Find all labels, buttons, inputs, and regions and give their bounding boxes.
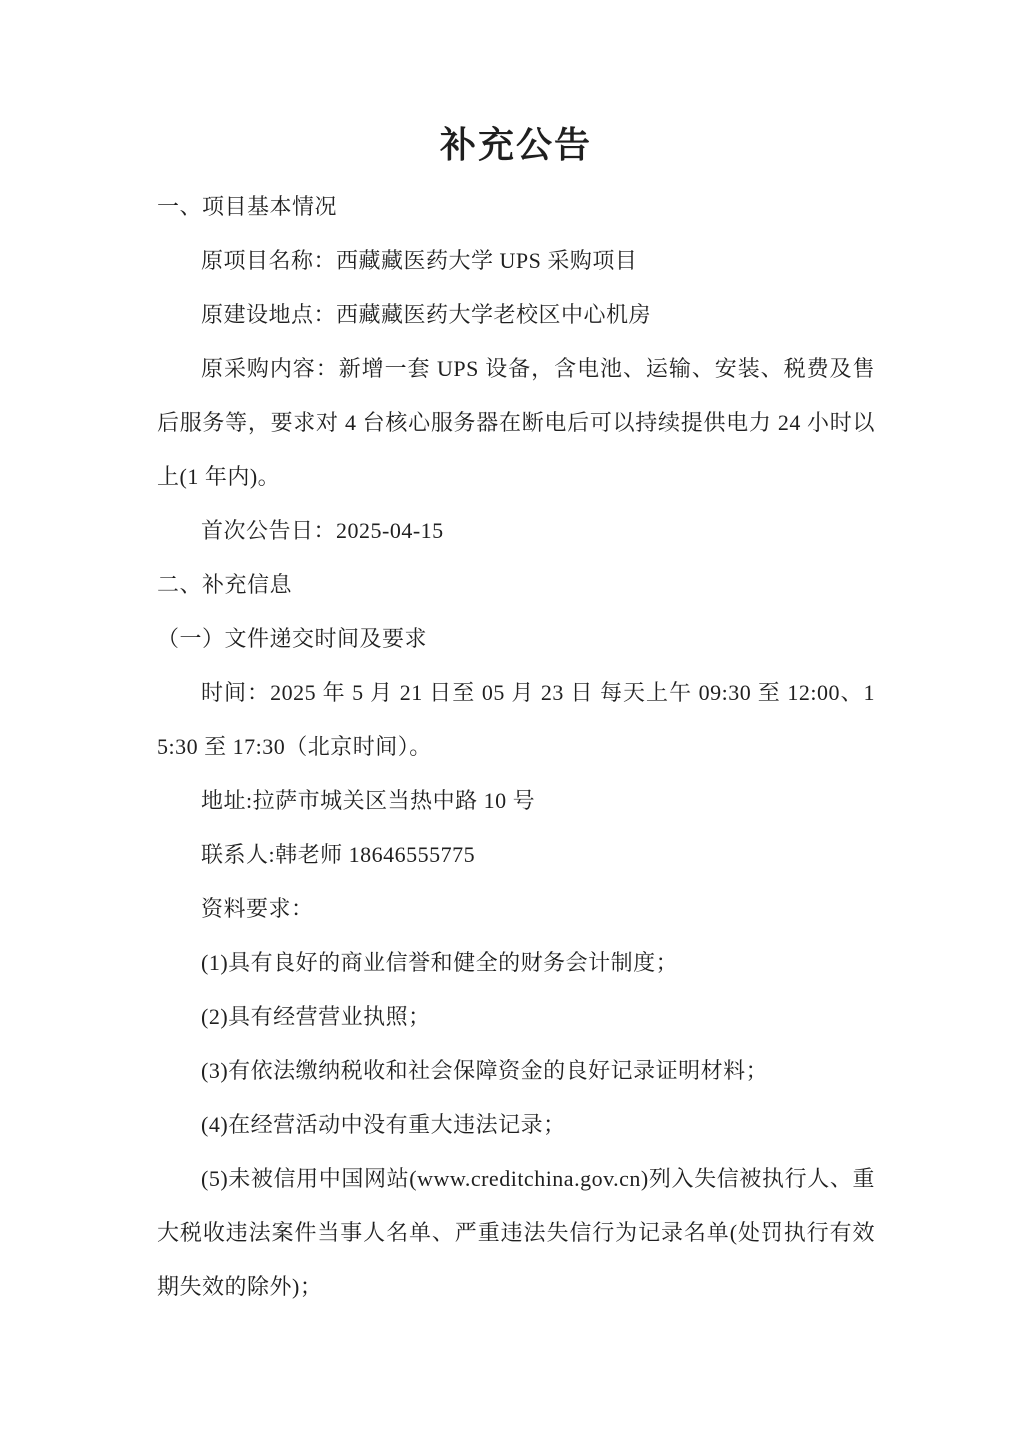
paragraph-time: 时间：2025 年 5 月 21 日至 05 月 23 日 每天上午 09:30…: [157, 666, 875, 774]
section-heading-1: 一、项目基本情况: [157, 180, 875, 234]
requirement-item-1: (1)具有良好的商业信誉和健全的财务会计制度；: [157, 936, 875, 990]
paragraph-contact: 联系人:韩老师 18646555775: [157, 828, 875, 882]
requirement-item-5: (5)未被信用中国网站(www.creditchina.gov.cn)列入失信被…: [157, 1152, 875, 1314]
paragraph-original-procurement-content: 原采购内容：新增一套 UPS 设备，含电池、运输、安装、税费及售后服务等，要求对…: [157, 342, 875, 504]
paragraph-original-location: 原建设地点：西藏藏医药大学老校区中心机房: [157, 288, 875, 342]
paragraph-first-announcement-date: 首次公告日：2025-04-15: [157, 504, 875, 558]
document-title: 补充公告: [157, 122, 875, 168]
paragraph-original-project-name: 原项目名称：西藏藏医药大学 UPS 采购项目: [157, 234, 875, 288]
subsection-heading-submission: （一）文件递交时间及要求: [157, 612, 875, 666]
requirement-item-2: (2)具有经营营业执照；: [157, 990, 875, 1044]
paragraph-material-requirements-label: 资料要求：: [157, 882, 875, 936]
document-page: 补充公告 一、项目基本情况 原项目名称：西藏藏医药大学 UPS 采购项目 原建设…: [0, 0, 1024, 1448]
paragraph-address: 地址:拉萨市城关区当热中路 10 号: [157, 774, 875, 828]
section-heading-2: 二、补充信息: [157, 558, 875, 612]
requirement-item-4: (4)在经营活动中没有重大违法记录；: [157, 1098, 875, 1152]
requirement-item-3: (3)有依法缴纳税收和社会保障资金的良好记录证明材料；: [157, 1044, 875, 1098]
